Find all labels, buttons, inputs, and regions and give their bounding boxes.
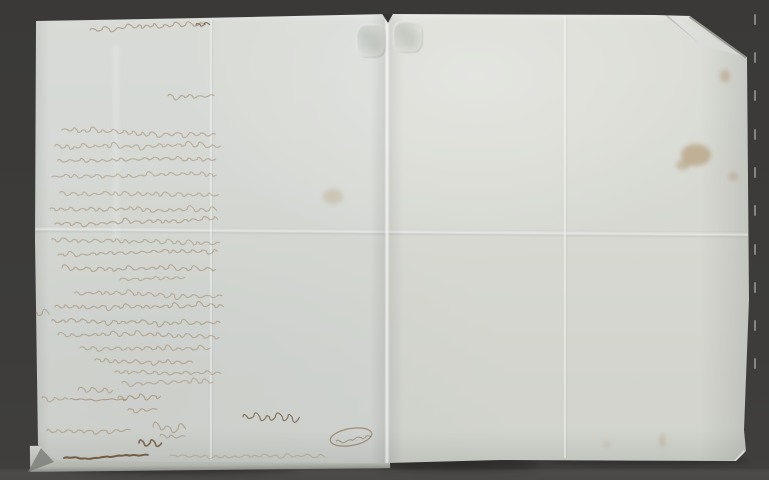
film-sprocket-dash xyxy=(754,90,756,101)
handwriting-line xyxy=(58,331,219,339)
handwriting-line xyxy=(52,319,220,327)
handwriting-line xyxy=(115,370,221,375)
handwriting-line xyxy=(90,22,205,32)
handwriting-line xyxy=(80,345,210,351)
handwriting-line xyxy=(122,378,213,386)
film-sprocket-dash xyxy=(754,244,756,255)
handwriting-line xyxy=(70,399,126,401)
handwriting-line xyxy=(62,127,215,138)
handwriting-line xyxy=(64,455,148,459)
film-sprocket-dash xyxy=(754,358,756,369)
film-sprocket-dash xyxy=(754,320,756,331)
film-sprocket-dash xyxy=(754,282,756,293)
handwriting-line xyxy=(47,429,130,434)
film-sprocket-dash xyxy=(754,129,756,140)
film-sprocket-dash xyxy=(754,52,756,63)
oval-stamp-text xyxy=(336,434,371,444)
letter-sheet xyxy=(0,0,769,480)
handwriting-line xyxy=(168,94,214,100)
handwriting-line xyxy=(139,440,162,447)
handwriting-layer xyxy=(0,0,769,480)
handwriting-line xyxy=(58,156,216,162)
handwriting-line xyxy=(62,265,215,272)
handwriting-line xyxy=(160,434,185,438)
oval-ink-stamp xyxy=(329,425,373,449)
handwriting-line xyxy=(55,141,221,150)
handwriting-line xyxy=(120,277,185,281)
handwriting-line xyxy=(42,397,68,402)
handwriting-line xyxy=(153,422,186,433)
film-sprocket-dash xyxy=(754,205,756,216)
handwriting-line xyxy=(58,250,217,257)
scan-viewport xyxy=(0,0,769,480)
handwriting-line xyxy=(55,301,224,310)
film-sprocket-dash xyxy=(754,167,756,178)
handwriting-line xyxy=(243,413,299,423)
oval-stamp-border xyxy=(329,425,373,449)
handwriting-line xyxy=(60,191,219,196)
handwriting-line xyxy=(52,238,219,245)
film-sprocket-dash xyxy=(754,14,756,25)
handwriting-line xyxy=(170,454,325,459)
handwriting-line xyxy=(75,290,222,300)
handwriting-line xyxy=(128,409,157,413)
handwriting-line xyxy=(55,217,218,227)
handwriting-line xyxy=(52,172,216,179)
handwriting-line xyxy=(50,206,217,213)
handwriting-line xyxy=(33,309,49,315)
handwriting-line xyxy=(95,359,193,366)
handwriting-line xyxy=(78,387,113,393)
